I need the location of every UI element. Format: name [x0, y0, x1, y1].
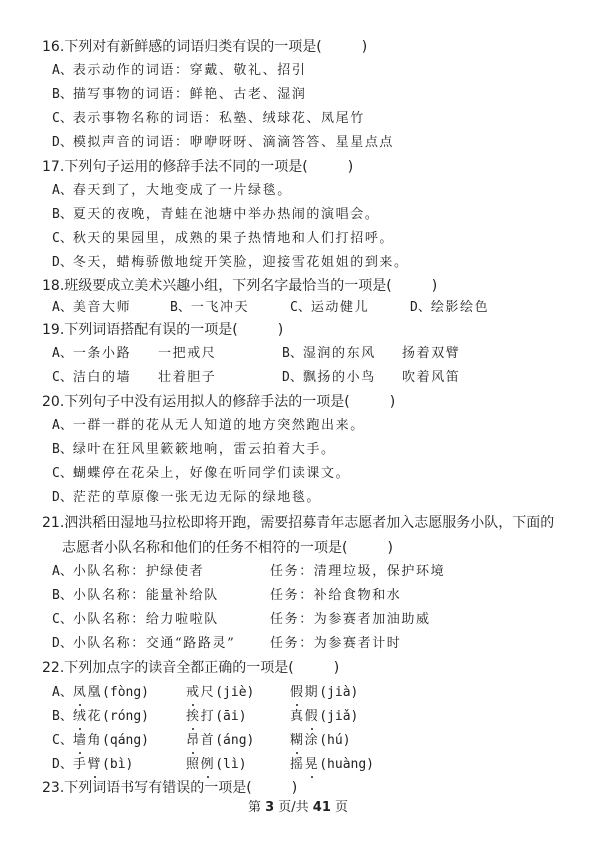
question-21-option-d-task: 任务：为参赛者计时: [270, 634, 401, 654]
question-19-option-b-second: 扬着双臂: [402, 344, 460, 364]
question-text: 下列词语书写有错误的一项是(: [64, 780, 251, 796]
question-22-option-d-word2: 照例(lì): [186, 755, 247, 775]
option-text: 扬着双臂: [402, 346, 460, 361]
question-16-option-b: B、描写事物的词语：鲜艳、古老、湿润: [52, 85, 306, 105]
question-16-option-a: A、表示动作的词语：穿戴、敬礼、招引: [52, 61, 306, 81]
dotted-character: 假: [305, 707, 320, 727]
pinyin: (qáng): [102, 733, 149, 748]
option-label: B、: [282, 346, 303, 361]
pinyin: (jiè): [215, 685, 254, 700]
question-number: 18.: [42, 278, 64, 294]
answer-blank: ): [292, 780, 297, 796]
question-19-option-d-second: 吹着风笛: [402, 368, 460, 388]
option-label: D、: [52, 255, 73, 270]
question-22-option-b-word2: 挨打(āi): [186, 707, 247, 727]
option-text: 春天到了，大地变成了一片绿毯。: [73, 183, 292, 198]
option-text: 湿润的东风: [303, 346, 376, 361]
question-16-option-d: D、模拟声音的词语：咿咿呀呀、滴滴答答、星星点点: [52, 133, 394, 153]
option-label: A、: [52, 564, 73, 579]
word-part: 手: [73, 757, 88, 772]
question-number: 19.: [42, 322, 64, 338]
option-label: D、: [282, 370, 303, 385]
option-text: 一条小路: [73, 346, 131, 361]
question-17-option-d: D、冬天，蜡梅骄傲地绽开笑脸，迎接雪花姐姐的到来。: [52, 253, 409, 273]
option-label: B、: [52, 442, 73, 457]
option-text: 一飞冲天: [191, 300, 249, 315]
answer-blank: ): [348, 159, 353, 175]
pinyin: (jiǎ): [319, 709, 358, 724]
dotted-character: 假: [290, 683, 305, 703]
dotted-character: 糊: [290, 731, 305, 751]
question-23-stem: 23.下列词语书写有错误的一项是(): [42, 778, 297, 798]
option-label: C、: [52, 733, 73, 748]
word-part: 尺: [201, 685, 216, 700]
option-label: D、: [52, 636, 73, 651]
answer-blank: ): [278, 322, 283, 338]
question-number: 20.: [42, 394, 64, 410]
option-text: 洁白的墙: [73, 370, 131, 385]
option-text: 秋天的果园里，成熟的果子热情地和人们打招呼。: [73, 231, 394, 246]
question-22-option-b: B、绒花(róng): [52, 707, 149, 727]
dotted-character: 昂: [186, 731, 201, 751]
pinyin: (āi): [215, 709, 246, 724]
question-20-option-d: D、茫茫的草原像一张无边无际的绿地毯。: [52, 488, 321, 508]
dotted-character: 绒: [73, 707, 88, 727]
word-part: 摇: [290, 757, 305, 772]
option-label: B、: [52, 207, 73, 222]
question-22-option-b-word3: 真假(jiǎ): [290, 707, 358, 727]
question-21-stem-line2: 志愿者小队名称和他们的任务不相符的一项是(): [62, 538, 393, 558]
option-text: 茫茫的草原像一张无边无际的绿地毯。: [73, 490, 321, 505]
pinyin: (fòng): [102, 685, 149, 700]
pinyin: (lì): [215, 757, 246, 772]
question-text: 下列句子中没有运用拟人的修辞手法的一项是(: [64, 394, 349, 410]
question-text: 下列词语搭配有误的一项是(: [64, 322, 237, 338]
answer-blank: ): [334, 660, 339, 676]
answer-blank: ): [387, 540, 392, 556]
option-text: 表示事物名称的词语：私塾、绒球花、凤尾竹: [73, 111, 365, 126]
answer-blank: ): [390, 394, 395, 410]
option-text: 蝴蝶停在花朵上，好像在听同学们读课文。: [73, 466, 350, 481]
question-22-option-c-word2: 昂首(áng): [186, 731, 254, 751]
dotted-character: 臂: [87, 755, 102, 775]
question-20-option-a: A、一群一群的花从无人知道的地方突然跑出来。: [52, 416, 365, 436]
option-text: 绿叶在狂风里簌簌地响，雷云拍着大手。: [73, 442, 336, 457]
option-text: 一把戒尺: [158, 346, 216, 361]
dotted-character: 挨: [186, 707, 201, 727]
question-number: 22.: [42, 660, 64, 676]
option-text: 描写事物的词语：鲜艳、古老、湿润: [73, 87, 307, 102]
option-text: 夏天的夜晚，青蛙在池塘中举办热闹的演唱会。: [73, 207, 380, 222]
option-label: D、: [52, 757, 73, 772]
pinyin: (bì): [102, 757, 133, 772]
question-21-option-a-task: 任务：清理垃圾，保护环境: [270, 562, 445, 582]
question-21-stem: 21.泗洪稻田湿地马拉松即将开跑，需要招募青年志愿者加入志愿服务小队，下面的: [42, 513, 554, 533]
option-text: 任务：补给食物和水: [270, 588, 401, 603]
question-text: 班级要成立美术兴趣小组，下列名字最恰当的一项是(: [64, 278, 391, 294]
word-part: 期: [305, 685, 320, 700]
answer-blank: ): [362, 39, 367, 55]
pinyin: (róng): [102, 709, 149, 724]
option-label: C、: [52, 466, 73, 481]
word-part: 首: [201, 733, 216, 748]
option-label: D、: [410, 300, 431, 315]
option-text: 任务：为参赛者加油助威: [270, 612, 431, 627]
question-18-option-d: D、绘影绘色: [410, 298, 489, 318]
option-label: B、: [170, 300, 191, 315]
question-19-stem: 19.下列词语搭配有误的一项是(): [42, 320, 283, 340]
dotted-character: 例: [201, 755, 216, 775]
option-label: A、: [52, 685, 73, 700]
dotted-character: 墙: [73, 731, 88, 751]
question-18-option-c: C、运动健儿: [290, 298, 369, 318]
option-label: B、: [52, 87, 73, 102]
option-text: 吹着风笛: [402, 370, 460, 385]
question-16-stem: 16.下列对有新鲜感的词语归类有误的一项是(): [42, 37, 367, 57]
option-label: C、: [52, 111, 73, 126]
question-19-option-a-second: 一把戒尺: [158, 344, 216, 364]
question-17-option-a: A、春天到了，大地变成了一片绿毯。: [52, 181, 292, 201]
option-label: A、: [52, 300, 73, 315]
dotted-character: 戒: [186, 683, 201, 703]
question-17-option-c: C、秋天的果园里，成熟的果子热情地和人们打招呼。: [52, 229, 394, 249]
option-label: A、: [52, 418, 73, 433]
pinyin: (áng): [215, 733, 254, 748]
option-label: A、: [52, 346, 73, 361]
question-22-option-c-word3: 糊涂(hú): [290, 731, 351, 751]
question-18-stem: 18.班级要成立美术兴趣小组，下列名字最恰当的一项是(): [42, 276, 437, 296]
question-22-option-a-word2: 戒尺(jiè): [186, 683, 254, 703]
word-part: 角: [87, 733, 102, 748]
option-text: 美音大师: [73, 300, 131, 315]
dotted-character: 晃: [305, 755, 320, 775]
question-21-option-b-task: 任务：补给食物和水: [270, 586, 401, 606]
option-label: D、: [52, 135, 73, 150]
question-number: 21.: [42, 515, 64, 531]
word-part: 凰: [87, 685, 102, 700]
exam-page: 16.下列对有新鲜感的词语归类有误的一项是() A、表示动作的词语：穿戴、敬礼、…: [0, 0, 596, 842]
question-21-option-d: D、小队名称：交通“路路灵”: [52, 634, 235, 654]
question-22-option-d: D、手臂(bì): [52, 755, 133, 775]
answer-blank: ): [432, 278, 437, 294]
question-22-option-d-word3: 摇晃(huàng): [290, 755, 374, 775]
question-21-option-b: B、小队名称：能量补给队: [52, 586, 219, 606]
question-text: 泗洪稻田湿地马拉松即将开跑，需要招募青年志愿者加入志愿服务小队，下面的: [64, 515, 554, 531]
question-19-option-d: D、飘扬的小鸟: [282, 368, 376, 388]
page-footer: 第 3 页/共 41 页: [0, 796, 596, 815]
question-text: 志愿者小队名称和他们的任务不相符的一项是(: [62, 540, 347, 556]
option-label: C、: [52, 231, 73, 246]
option-text: 任务：为参赛者计时: [270, 636, 401, 651]
word-part: 真: [290, 709, 305, 724]
total-pages: 41: [313, 800, 331, 815]
pinyin: (huàng): [319, 757, 374, 772]
option-label: D、: [52, 490, 73, 505]
question-16-option-c: C、表示事物名称的词语：私塾、绒球花、凤尾竹: [52, 109, 365, 129]
question-text: 下列句子运用的修辞手法不同的一项是(: [64, 159, 307, 175]
option-text: 冬天，蜡梅骄傲地绽开笑脸，迎接雪花姐姐的到来。: [73, 255, 409, 270]
question-17-option-b: B、夏天的夜晚，青蛙在池塘中举办热闹的演唱会。: [52, 205, 379, 225]
option-text: 绘影绘色: [431, 300, 489, 315]
option-label: A、: [52, 63, 73, 78]
option-text: 运动健儿: [311, 300, 369, 315]
option-label: C、: [290, 300, 311, 315]
footer-text: 页: [331, 800, 348, 815]
question-22-option-c: C、墙角(qáng): [52, 731, 149, 751]
question-20-option-b: B、绿叶在狂风里簌簌地响，雷云拍着大手。: [52, 440, 336, 460]
dotted-character: 凤: [73, 683, 88, 703]
question-22-stem: 22.下列加点字的读音全都正确的一项是(): [42, 658, 339, 678]
question-20-stem: 20.下列句子中没有运用拟人的修辞手法的一项是(): [42, 392, 395, 412]
option-label: A、: [52, 183, 73, 198]
footer-text: 页/共: [274, 800, 313, 815]
question-19-option-c-second: 壮着胆子: [158, 368, 216, 388]
question-21-option-c: C、小队名称：给力啦啦队: [52, 610, 219, 630]
question-19-option-c: C、洁白的墙: [52, 368, 131, 388]
option-text: 任务：清理垃圾，保护环境: [270, 564, 445, 579]
option-text: 模拟声音的词语：咿咿呀呀、滴滴答答、星星点点: [73, 135, 394, 150]
question-number: 17.: [42, 159, 64, 175]
option-label: B、: [52, 588, 73, 603]
question-18-option-b: B、一飞冲天: [170, 298, 249, 318]
option-text: 壮着胆子: [158, 370, 216, 385]
option-text: 一群一群的花从无人知道的地方突然跑出来。: [73, 418, 365, 433]
pinyin: (hú): [319, 733, 350, 748]
word-part: 花: [87, 709, 102, 724]
option-label: B、: [52, 709, 73, 724]
question-22-option-a-word3: 假期(jià): [290, 683, 358, 703]
question-number: 16.: [42, 39, 64, 55]
question-19-option-b: B、湿润的东风: [282, 344, 376, 364]
question-number: 23.: [42, 780, 64, 796]
footer-text: 第: [248, 800, 265, 815]
word-part: 涂: [305, 733, 320, 748]
question-21-option-c-task: 任务：为参赛者加油助威: [270, 610, 431, 630]
option-text: 小队名称：给力啦啦队: [73, 612, 219, 627]
question-22-option-a: A、凤凰(fòng): [52, 683, 149, 703]
question-20-option-c: C、蝴蝶停在花朵上，好像在听同学们读课文。: [52, 464, 350, 484]
question-19-option-a: A、一条小路: [52, 344, 131, 364]
current-page-number: 3: [265, 800, 274, 815]
option-text: 小队名称：护绿使者: [73, 564, 204, 579]
option-text: 小队名称：交通“路路灵”: [73, 636, 236, 651]
pinyin: (jià): [319, 685, 358, 700]
question-21-option-a: A、小队名称：护绿使者: [52, 562, 204, 582]
question-text: 下列加点字的读音全都正确的一项是(: [64, 660, 293, 676]
word-part: 打: [201, 709, 216, 724]
option-label: C、: [52, 612, 73, 627]
option-text: 表示动作的词语：穿戴、敬礼、招引: [73, 63, 307, 78]
word-part: 照: [186, 757, 201, 772]
option-label: C、: [52, 370, 73, 385]
question-text: 下列对有新鲜感的词语归类有误的一项是(: [64, 39, 321, 55]
option-text: 小队名称：能量补给队: [73, 588, 219, 603]
question-17-stem: 17.下列句子运用的修辞手法不同的一项是(): [42, 157, 353, 177]
question-18-option-a: A、美音大师: [52, 298, 131, 318]
option-text: 飘扬的小鸟: [303, 370, 376, 385]
